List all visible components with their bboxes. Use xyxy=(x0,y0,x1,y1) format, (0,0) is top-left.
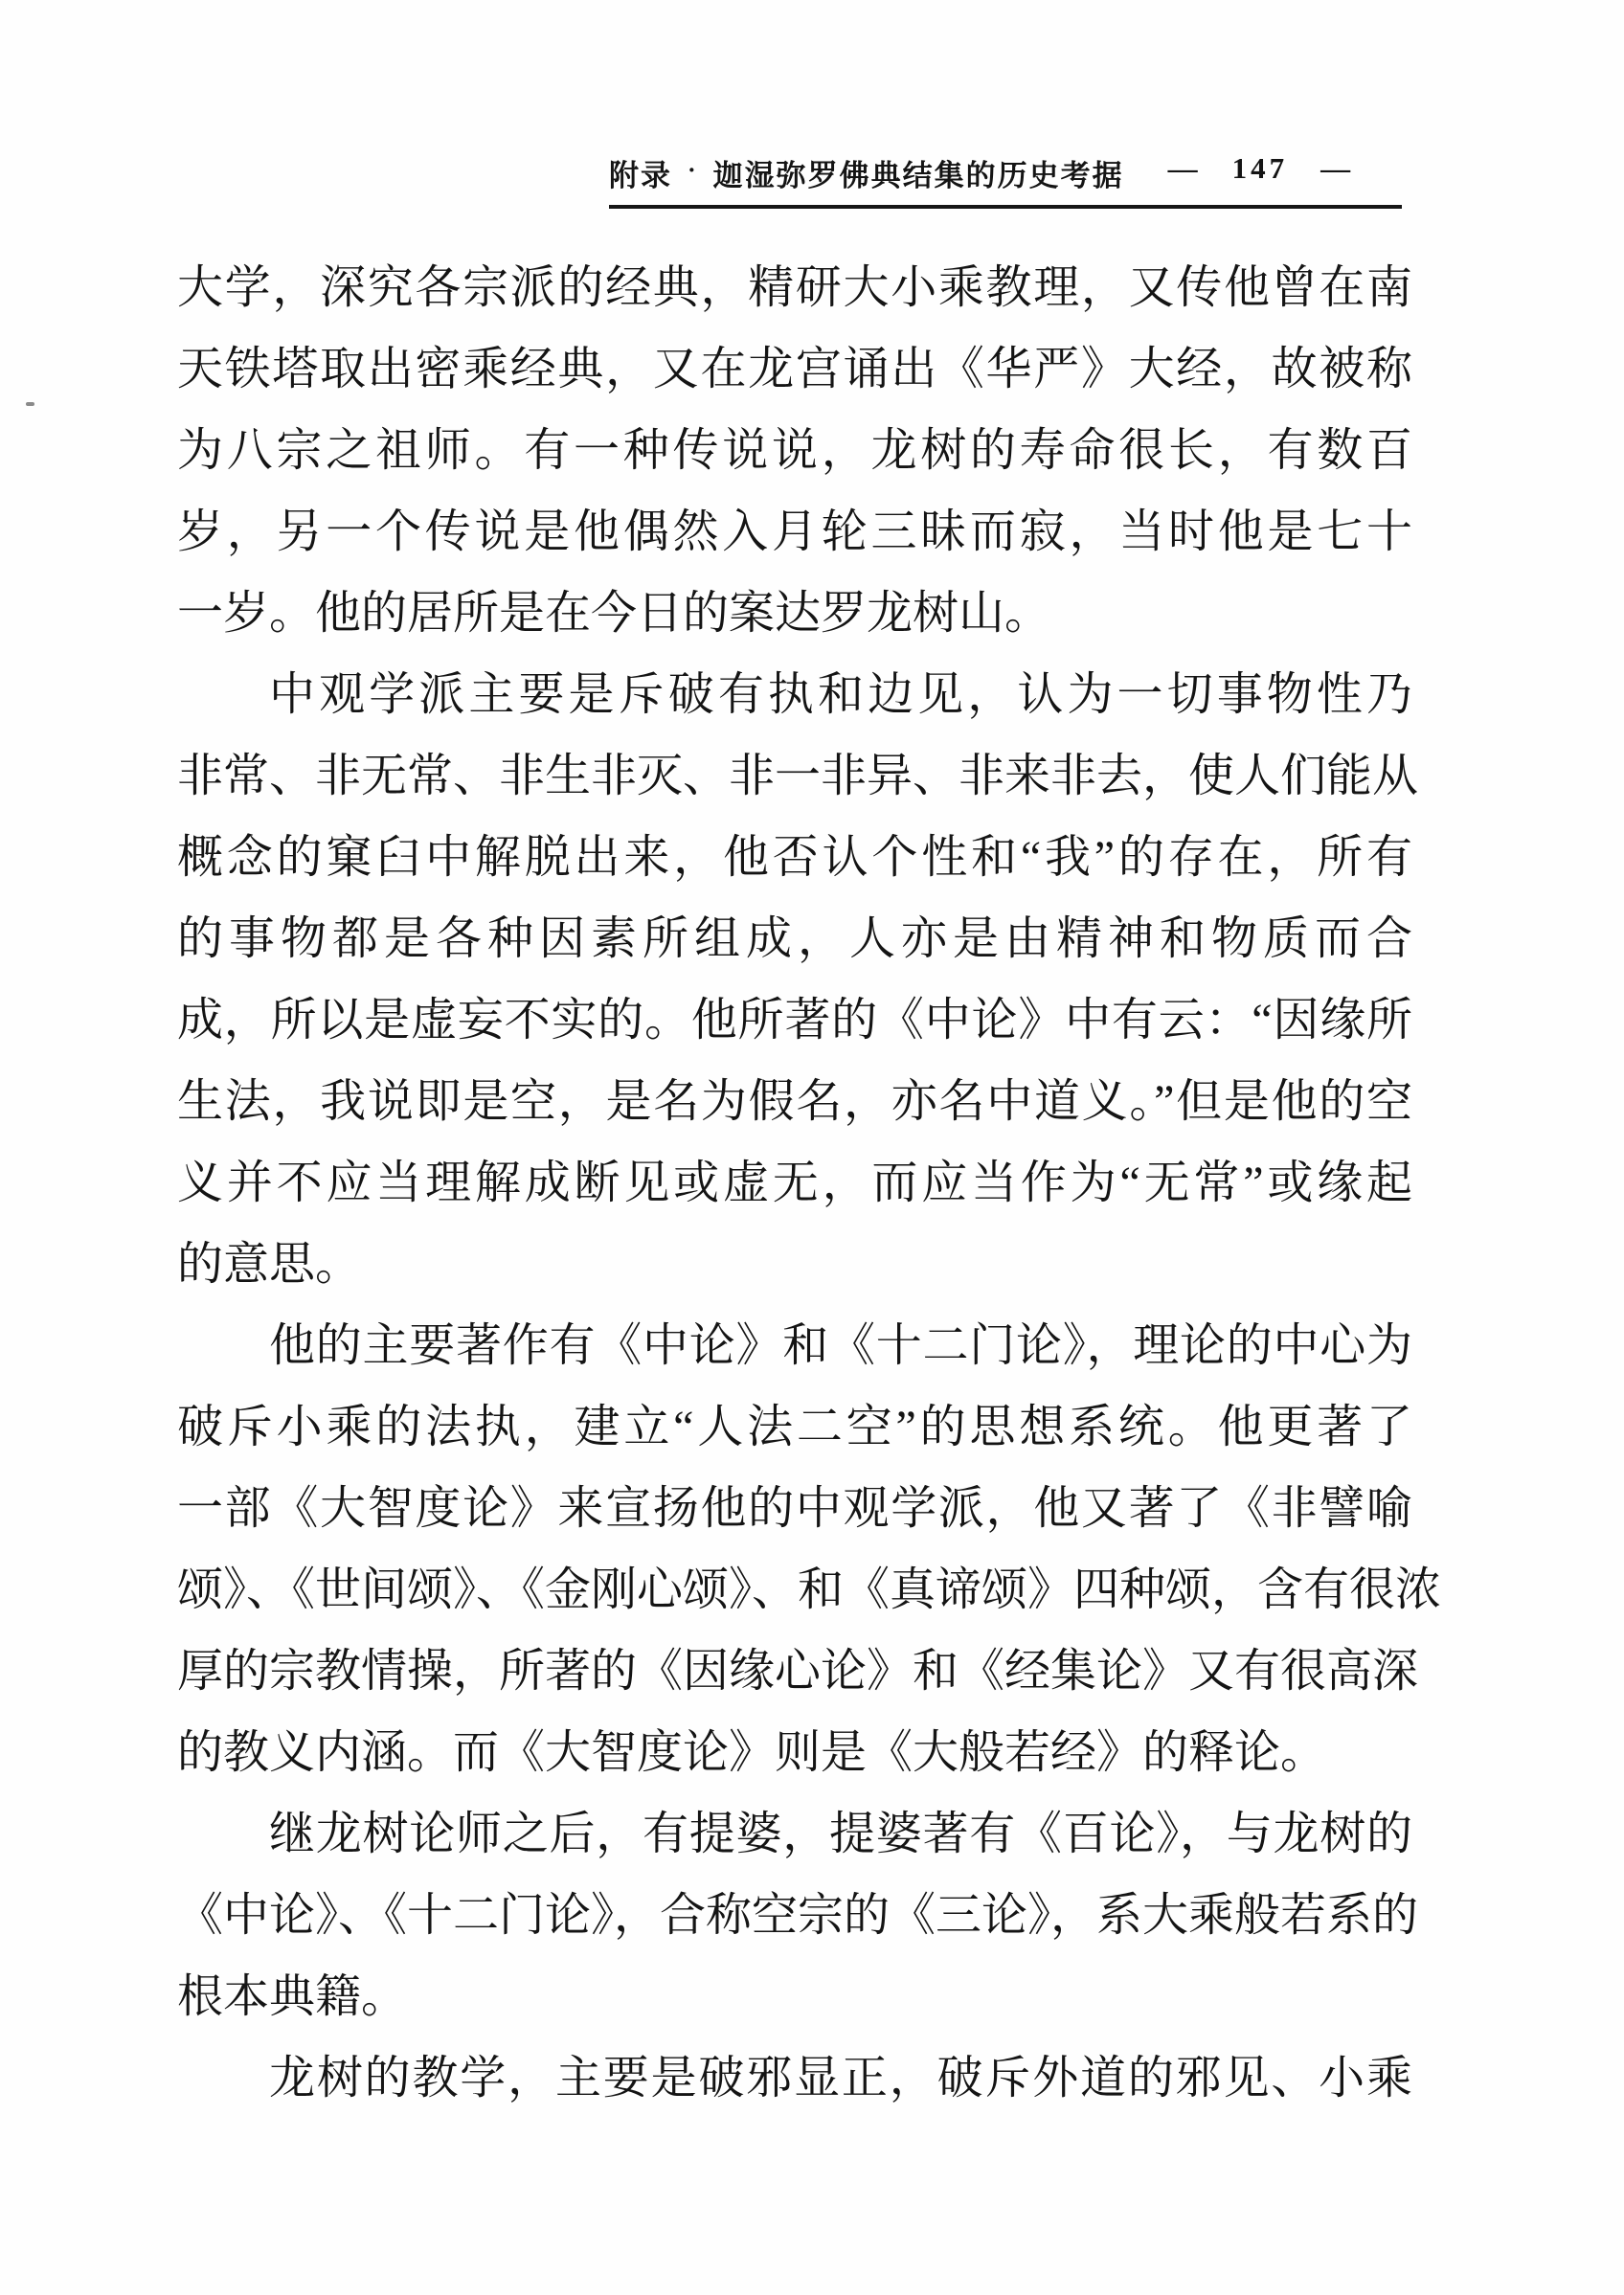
scan-artifact-dot xyxy=(26,402,34,406)
running-head: 附录 · 迦湿弥罗佛典结集的历史考据 — 147 — xyxy=(609,151,1402,209)
text-line: 为八宗之祖师。有一种传说说，龙树的寿命很长，有数百 xyxy=(177,410,1412,491)
text-line: 的教义内涵。而《大智度论》则是《大般若经》的释论。 xyxy=(177,1712,1412,1793)
book-page: 附录 · 迦湿弥罗佛典结集的历史考据 — 147 — 大学，深究各宗派的经典，精… xyxy=(0,0,1624,2295)
text-line: 岁，另一个传说是他偶然入月轮三昧而寂，当时他是七十 xyxy=(177,491,1412,573)
text-line: 破斥小乘的法执，建立“人法二空”的思想系统。他更著了 xyxy=(177,1386,1412,1468)
running-head-title: 迦湿弥罗佛典结集的历史考据 xyxy=(713,151,1124,194)
separator-dot: · xyxy=(688,151,698,190)
page-number: 147 xyxy=(1232,151,1289,186)
text-line: 《中论》、《十二门论》，合称空宗的《三论》，系大乘般若系的 xyxy=(177,1875,1412,1956)
text-line: 颂》、《世间颂》、《金刚心颂》、和《真谛颂》四种颂，含有很浓 xyxy=(177,1549,1412,1631)
text-line: 大学，深究各宗派的经典，精研大小乘教理，又传他曾在南 xyxy=(177,247,1412,328)
text-line: 天铁塔取出密乘经典，又在龙宫诵出《华严》大经，故被称 xyxy=(177,328,1412,410)
text-line: 的事物都是各种因素所组成，人亦是由精神和物质而合 xyxy=(177,898,1412,979)
text-line: 根本典籍。 xyxy=(177,1956,1412,2037)
text-line: 一岁。他的居所是在今日的案达罗龙树山。 xyxy=(177,573,1412,654)
page-number-dash-left: — xyxy=(1168,151,1200,186)
text-line: 成，所以是虚妄不实的。他所著的《中论》中有云：“因缘所 xyxy=(177,979,1412,1061)
running-head-section: 附录 xyxy=(609,151,672,194)
text-line: 继龙树论师之后，有提婆，提婆著有《百论》，与龙树的 xyxy=(177,1793,1412,1875)
text-line: 龙树的教学，主要是破邪显正，破斥外道的邪见、小乘 xyxy=(177,2037,1412,2119)
text-line: 义并不应当理解成断见或虚无，而应当作为“无常”或缘起 xyxy=(177,1142,1412,1224)
text-line: 他的主要著作有《中论》和《十二门论》，理论的中心为 xyxy=(177,1305,1412,1386)
text-line: 非常、非无常、非生非灭、非一非异、非来非去，使人们能从 xyxy=(177,735,1412,817)
text-line: 一部《大智度论》来宣扬他的中观学派，他又著了《非譬喻 xyxy=(177,1468,1412,1549)
body-text-block: 大学，深究各宗派的经典，精研大小乘教理，又传他曾在南 天铁塔取出密乘经典，又在龙… xyxy=(177,247,1412,2119)
text-line: 生法，我说即是空，是名为假名，亦名中道义。”但是他的空 xyxy=(177,1061,1412,1142)
text-line: 厚的宗教情操，所著的《因缘心论》和《经集论》又有很高深 xyxy=(177,1631,1412,1712)
text-line: 的意思。 xyxy=(177,1224,1412,1305)
page-number-dash-right: — xyxy=(1320,151,1352,186)
text-line: 中观学派主要是斥破有执和边见，认为一切事物性乃 xyxy=(177,654,1412,735)
text-line: 概念的窠臼中解脱出来，他否认个性和“我”的存在，所有 xyxy=(177,817,1412,898)
